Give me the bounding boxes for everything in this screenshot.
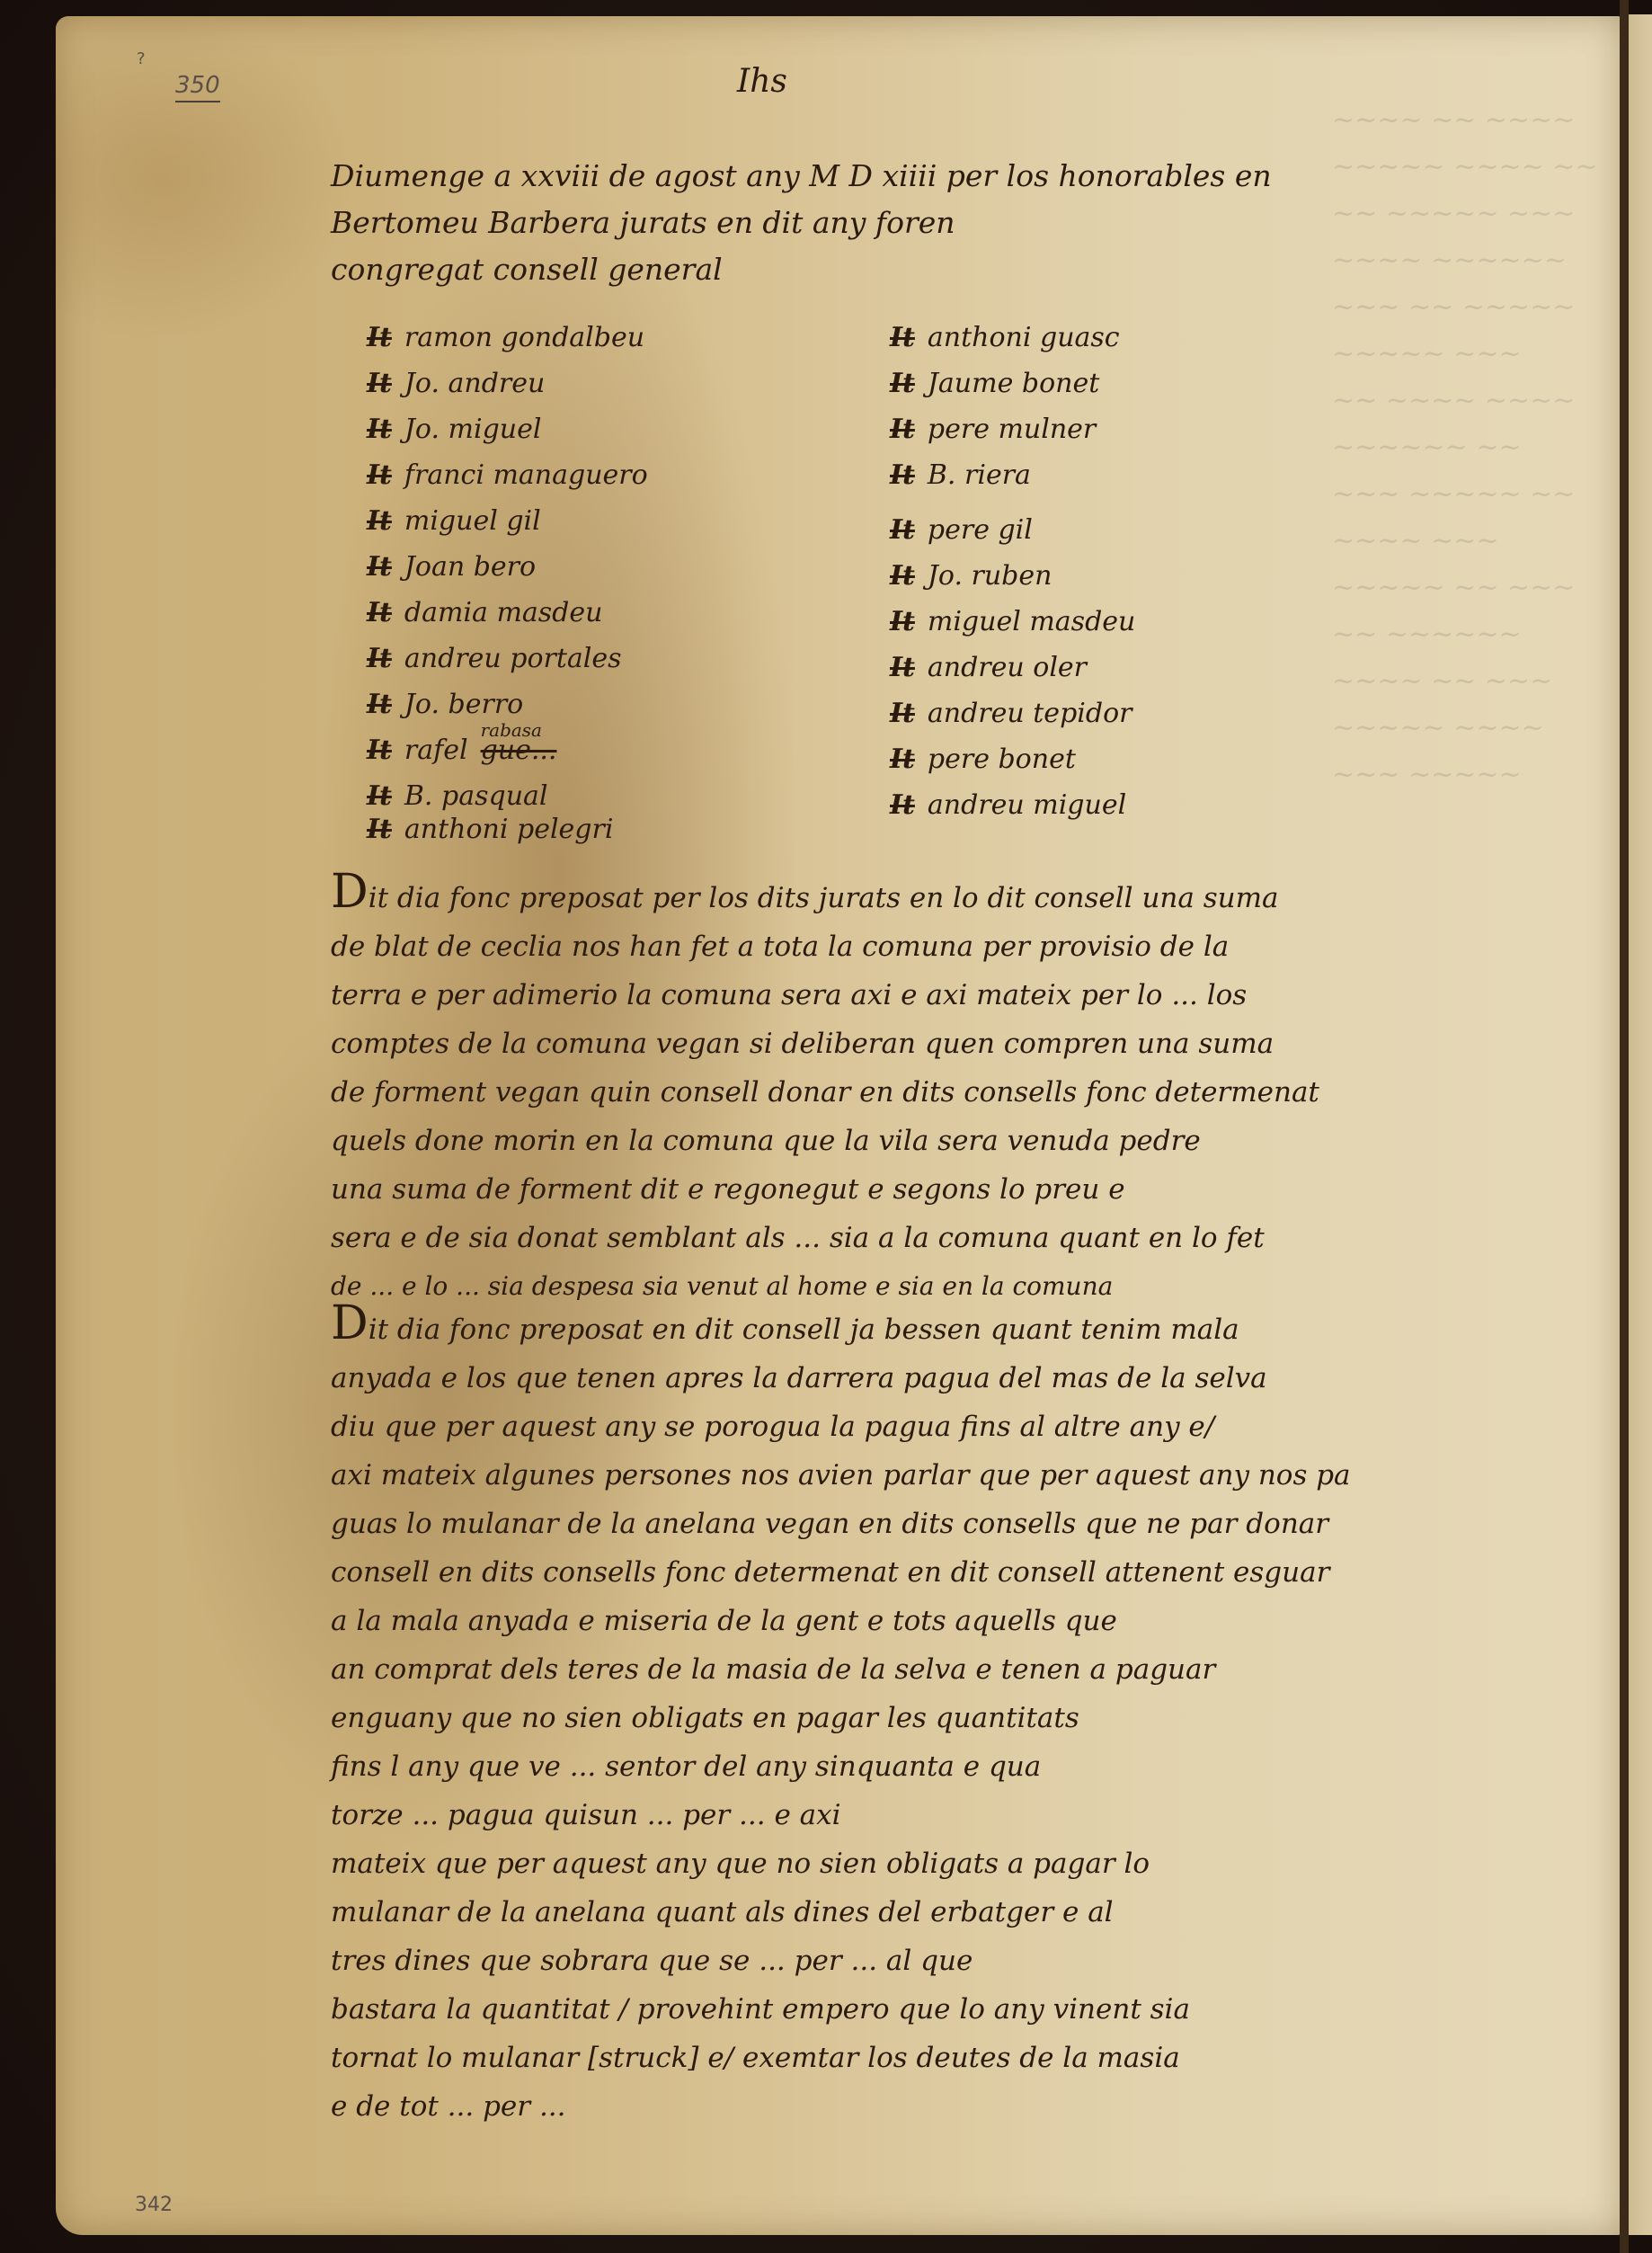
item-mark: It: [890, 406, 915, 452]
item-mark: It: [890, 782, 915, 828]
paragraph-line: consell en dits consells fonc determenat…: [331, 1548, 1391, 1597]
attendee-row: Itandreu miguel: [890, 782, 1135, 828]
paragraph-line: fins l any que ve ... sentor del any sin…: [331, 1742, 1391, 1791]
attendee-row: ItJo. ruben: [890, 553, 1135, 599]
item-mark: It: [890, 507, 915, 553]
attendee-name: andreu miguel: [928, 782, 1126, 828]
paragraph-line: anyada e los que tenen apres la darrera …: [331, 1354, 1391, 1403]
item-mark: It: [890, 315, 915, 361]
paragraph-line: an comprat dels teres de la masia de la …: [331, 1645, 1391, 1694]
adjacent-page-edge: [1629, 14, 1652, 2235]
attendee-row: Itfranci managuero: [367, 452, 648, 498]
attendee-row: Itandreu tepidor: [890, 690, 1135, 736]
attendee-row: ItJaume bonet: [890, 361, 1135, 406]
heading-line: Diumenge a xxviii de agost any M D xiiii…: [331, 153, 1283, 200]
session-heading: Diumenge a xxviii de agost any M D xiiii…: [331, 153, 1283, 293]
paragraph-line: bastara la quantitat / provehint empero …: [331, 1985, 1391, 2034]
item-mark: It: [890, 736, 915, 782]
attendee-row: ItJo. miguel: [367, 406, 648, 452]
item-mark: It: [890, 690, 915, 736]
attendee-name: Jo. ruben: [928, 553, 1052, 599]
paragraph-line: quels done morin en la comuna que la vil…: [331, 1117, 1391, 1165]
attendee-row: ItB. riera: [890, 452, 1135, 498]
attendee-row: Itdamia masdeu: [367, 590, 648, 636]
attendee-name: ramon gondalbeu: [404, 315, 644, 361]
attendee-row: It rafel rabasa gue...: [367, 727, 648, 773]
item-mark: It: [367, 590, 392, 636]
attendee-row: Itandreu portales: [367, 636, 648, 681]
attendee-name: franci managuero: [404, 452, 648, 498]
attendee-name: Jo. andreu: [404, 361, 545, 406]
attendee-name: pere gil: [928, 507, 1033, 553]
attendee-row: Itmiguel gil: [367, 498, 648, 544]
attendee-name: pere bonet: [928, 736, 1076, 782]
paragraph-bad-harvest: Dit dia fonc preposat en dit consell ja …: [331, 1299, 1391, 2131]
binding-gutter: [1620, 0, 1629, 2253]
paragraph-line: Dit dia fonc preposat per los dits jurat…: [331, 868, 1391, 922]
attendee-list-left: Itramon gondalbeu ItJo. andreu ItJo. mig…: [367, 315, 648, 852]
attendee-name: anthoni pelegri: [404, 806, 614, 852]
heading-line: congregat consell general: [331, 246, 1283, 293]
attendee-name: Joan bero: [404, 544, 536, 590]
paragraph-line: tornat lo mulanar [struck] e/ exemtar lo…: [331, 2034, 1391, 2082]
attendee-name: Jo. miguel: [404, 406, 542, 452]
interlinear-correction: rabasa: [481, 708, 542, 753]
paragraph-line: terra e per adimerio la comuna sera axi …: [331, 971, 1391, 1020]
item-mark: It: [890, 645, 915, 690]
item-mark: It: [367, 315, 392, 361]
attendee-name: andreu portales: [404, 636, 622, 681]
folio-number: 350: [175, 72, 220, 102]
paragraph-line: Dit dia fonc preposat en dit consell ja …: [331, 1299, 1391, 1354]
paragraph-line: tres dines que sobrara que se ... per ..…: [331, 1937, 1391, 1985]
paragraph-line: a la mala anyada e miseria de la gent e …: [331, 1597, 1391, 1645]
initial-letter: D: [331, 865, 369, 919]
attendee-row: Itpere gil: [890, 507, 1135, 553]
attendee-list-right: Itanthoni guasc ItJaume bonet Itpere mul…: [890, 315, 1135, 828]
attendee-name: anthoni guasc: [928, 315, 1120, 361]
attendee-name: pere mulner: [928, 406, 1096, 452]
initial-letter: D: [331, 1296, 369, 1350]
attendee-name: Jaume bonet: [928, 361, 1099, 406]
attendee-name: damia masdeu: [404, 590, 603, 636]
attendee-row: ItJoan bero: [367, 544, 648, 590]
paragraph-line: e de tot ... per ...: [331, 2082, 1391, 2131]
item-mark: It: [367, 361, 392, 406]
paragraph-line: enguany que no sien obligats en pagar le…: [331, 1694, 1391, 1742]
attendee-row: Itanthoni pelegri: [367, 806, 648, 852]
item-mark: It: [367, 452, 392, 498]
bleed-through-text: ~~~~ ~~ ~~~~~~~~~ ~~~~ ~~~~ ~~~~~ ~~~~~~…: [1332, 97, 1652, 816]
heading-line: Bertomeu Barbera jurats en dit any foren: [331, 200, 1283, 246]
paragraph-line: diu que per aquest any se porogua la pag…: [331, 1403, 1391, 1451]
item-mark: It: [367, 806, 392, 852]
attendee-row: ItJo. andreu: [367, 361, 648, 406]
paragraph-line: de blat de ceclia nos han fet a tota la …: [331, 922, 1391, 971]
paragraph-line: torze ... pagua quisun ... per ... e axi: [331, 1791, 1391, 1839]
surname-correction: rabasa gue...: [481, 727, 557, 773]
paragraph-line: comptes de la comuna vegan si deliberan …: [331, 1020, 1391, 1068]
item-mark: It: [890, 553, 915, 599]
item-mark: It: [367, 636, 392, 681]
invocation-ihs: Ihs: [737, 63, 787, 100]
item-mark: It: [367, 681, 392, 727]
attendee-name: B. riera: [928, 452, 1031, 498]
paragraph-line: una suma de forment dit e regonegut e se…: [331, 1165, 1391, 1214]
item-mark: It: [367, 498, 392, 544]
attendee-row: Itmiguel masdeu: [890, 599, 1135, 645]
paragraph-line: axi mateix algunes persones nos avien pa…: [331, 1451, 1391, 1500]
attendee-row: Itpere bonet: [890, 736, 1135, 782]
paragraph-line: mulanar de la anelana quant als dines de…: [331, 1888, 1391, 1937]
attendee-name: rafel: [404, 727, 468, 773]
attendee-row: Itpere mulner: [890, 406, 1135, 452]
paragraph-line: de forment vegan quin consell donar en d…: [331, 1068, 1391, 1117]
pencil-old-folio-number: 342: [135, 2194, 173, 2216]
item-mark: It: [367, 727, 392, 773]
item-mark: It: [890, 452, 915, 498]
item-mark: It: [367, 544, 392, 590]
attendee-row: Itramon gondalbeu: [367, 315, 648, 361]
paragraph-line: guas lo mulanar de la anelana vegan en d…: [331, 1500, 1391, 1548]
paragraph-line: mateix que per aquest any que no sien ob…: [331, 1839, 1391, 1888]
item-mark: It: [890, 599, 915, 645]
attendee-row: Itanthoni guasc: [890, 315, 1135, 361]
paragraph-line: sera e de sia donat semblant als ... sia…: [331, 1214, 1391, 1262]
attendee-name: miguel masdeu: [928, 599, 1135, 645]
attendee-name: andreu tepidor: [928, 690, 1132, 736]
item-mark: It: [367, 406, 392, 452]
attendee-name: andreu oler: [928, 645, 1087, 690]
attendee-row: Itandreu oler: [890, 645, 1135, 690]
item-mark: It: [890, 361, 915, 406]
attendee-name: miguel gil: [404, 498, 541, 544]
paragraph-grain-purchase: Dit dia fonc preposat per los dits jurat…: [331, 868, 1391, 1311]
pencil-query-mark: ?: [137, 49, 146, 68]
